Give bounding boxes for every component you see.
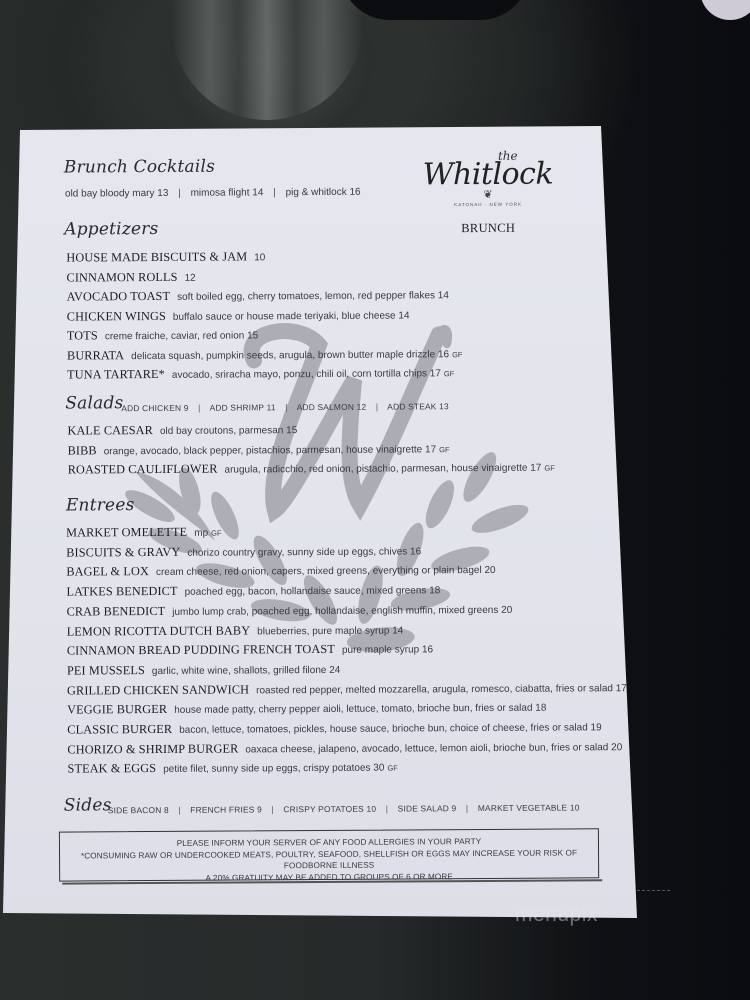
menu-item-description: mp xyxy=(194,528,208,539)
menu-item: GRILLED CHICKEN SANDWICHroasted red pepp… xyxy=(67,678,627,699)
cocktail-item: old bay bloody mary xyxy=(65,188,155,200)
menu-item-description: poached egg, bacon, hollandaise sauce, m… xyxy=(185,585,441,598)
menu-item-name: CLASSIC BURGER xyxy=(67,722,172,737)
allergy-notice-box: PLEASE INFORM YOUR SERVER OF ANY FOOD AL… xyxy=(59,828,599,881)
cocktail-price: 13 xyxy=(157,188,168,199)
sides-line: SIDE BACON 8 | FRENCH FRIES 9 | CRISPY P… xyxy=(108,802,580,815)
separator: | xyxy=(271,804,273,814)
menu-item-name: ROASTED CAULIFLOWER xyxy=(68,462,218,477)
menu-item-name: HOUSE MADE BISCUITS & JAM xyxy=(66,249,247,264)
side-item: SIDE BACON 8 xyxy=(108,805,169,815)
menu-item-name: CHICKEN WINGS xyxy=(67,308,166,323)
separator: | xyxy=(376,402,378,412)
menu-item-description: cream cheese, red onion, capers, mixed g… xyxy=(156,565,496,578)
addon-item: ADD STEAK 13 xyxy=(387,401,449,411)
side-item: FRENCH FRIES 9 xyxy=(190,804,262,814)
menu-item: BIBBorange, avocado, black pepper, pista… xyxy=(68,439,450,459)
menu-item: ROASTED CAULIFLOWERarugula, radicchio, r… xyxy=(68,458,555,479)
menu-item: HOUSE MADE BISCUITS & JAM10 xyxy=(66,247,265,266)
addon-item: ADD CHICKEN 9 xyxy=(121,403,188,413)
menu-item-name: KALE CAESAR xyxy=(67,423,153,438)
photo-credit-watermark: menupix xyxy=(515,903,598,927)
menu-item-name: LATKES BENEDICT xyxy=(66,584,177,599)
salad-addons: ADD CHICKEN 9 | ADD SHRIMP 11 | ADD SALM… xyxy=(121,401,449,413)
separator: | xyxy=(198,403,200,413)
addon-item: ADD SHRIMP 11 xyxy=(210,402,276,412)
menu-item: LEMON RICOTTA DUTCH BABYblueberries, pur… xyxy=(67,620,404,640)
cocktail-item: mimosa flight xyxy=(191,187,250,198)
section-title-salads: Salads xyxy=(65,393,123,413)
menu-item: AVOCADO TOASTsoft boiled egg, cherry tom… xyxy=(67,285,449,305)
menu-item-description: house made patty, cherry pepper aioli, l… xyxy=(174,703,546,716)
menu-item-name: STEAK & EGGS xyxy=(67,761,156,776)
menu-item-name: TUNA TARTARE* xyxy=(67,367,165,382)
gluten-free-badge: GF xyxy=(387,764,397,773)
section-title-sides: Sides xyxy=(64,795,112,815)
menu-item-description: bacon, lettuce, tomatoes, pickles, house… xyxy=(179,722,602,736)
menu-item: BURRATAdelicata squash, pumpkin seeds, a… xyxy=(67,344,463,364)
side-item: MARKET VEGETABLE 10 xyxy=(478,802,580,813)
cocktail-price: 14 xyxy=(252,187,263,198)
menu-item-description: creme fraiche, caviar, red onion 15 xyxy=(105,330,258,342)
addon-item: ADD SALMON 12 xyxy=(297,402,367,412)
separator: | xyxy=(273,187,276,198)
menu-item: STEAK & EGGSpetite filet, sunny side up … xyxy=(67,758,397,778)
menu-item: CHICKEN WINGSbuffalo sauce or house made… xyxy=(67,305,410,325)
menu-item-description: delicata squash, pumpkin seeds, arugula,… xyxy=(131,349,449,362)
menu-item: LATKES BENEDICTpoached egg, bacon, holla… xyxy=(66,580,440,600)
menu-item: TUNA TARTARE*avocado, sriracha mayo, pon… xyxy=(67,363,454,383)
menu-item-name: PEI MUSSELS xyxy=(67,663,145,677)
menu-item-description: jumbo lump crab, poached egg, hollandais… xyxy=(172,605,512,618)
gluten-free-badge: GF xyxy=(452,350,462,359)
menu-item-name: AVOCADO TOAST xyxy=(67,289,171,304)
separator: | xyxy=(178,188,181,199)
notice-line: *CONSUMING RAW OR UNDERCOOKED MEATS, POU… xyxy=(60,847,598,873)
section-title-cocktails: Brunch Cocktails xyxy=(64,157,215,178)
menu-item-name: BAGEL & LOX xyxy=(66,564,149,579)
menu-item-name: MARKET OMELETTE xyxy=(66,525,187,540)
menu-item-name: TOTS xyxy=(67,328,98,342)
menu-item: CRAB BENEDICTjumbo lump crab, poached eg… xyxy=(66,600,512,621)
menu-item: CINNAMON BREAD PUDDING FRENCH TOASTpure … xyxy=(67,639,433,659)
menu-item-name: CHORIZO & SHRIMP BURGER xyxy=(67,741,238,756)
cocktails-line: old bay bloody mary 13 | mimosa flight 1… xyxy=(65,187,361,200)
logo-location: KATONAH · NEW YORK xyxy=(403,201,573,207)
menu-item-description: blueberries, pure maple syrup 14 xyxy=(257,625,403,637)
menu-item-description: petite filet, sunny side up eggs, crispy… xyxy=(163,763,384,775)
menu-item: BISCUITS & GRAVYchorizo country gravy, s… xyxy=(66,541,421,561)
gluten-free-badge: GF xyxy=(444,369,454,378)
menu-item-description: orange, avocado, black pepper, pistachio… xyxy=(104,444,436,457)
separator: | xyxy=(178,805,180,815)
menu-item-description: avocado, sriracha mayo, ponzu, chili oil… xyxy=(172,368,441,381)
menu-item: MARKET OMELETTEmpGF xyxy=(66,523,222,542)
menu-item: CHORIZO & SHRIMP BURGERoaxaca cheese, ja… xyxy=(67,737,622,758)
menu-item: CINNAMON ROLLS12 xyxy=(66,267,195,286)
notice-line: A 20% GRATUITY MAY BE ADDED TO GROUPS OF… xyxy=(60,870,598,885)
menu-item-name: CRAB BENEDICT xyxy=(67,604,166,619)
menu-item-description: 10 xyxy=(254,252,265,263)
menu-item-description: oaxaca cheese, jalapeno, avocado, lettuc… xyxy=(245,742,622,755)
menu-item-name: CINNAMON ROLLS xyxy=(66,269,177,284)
watermark-dashed-line xyxy=(512,890,670,891)
side-item: SIDE SALAD 9 xyxy=(398,803,457,813)
menu-item: PEI MUSSELSgarlic, white wine, shallots,… xyxy=(67,660,341,680)
menu-item-description: soft boiled egg, cherry tomatoes, lemon,… xyxy=(177,290,449,303)
menu-item: VEGGIE BURGERhouse made patty, cherry pe… xyxy=(67,698,546,719)
menu-item-description: old bay croutons, parmesan 15 xyxy=(160,425,297,437)
menu-item-description: 12 xyxy=(185,272,196,283)
menu-item-description: garlic, white wine, shallots, grilled fi… xyxy=(152,665,341,677)
menu-item-description: roasted red pepper, melted mozzarella, a… xyxy=(256,683,627,696)
menu-item-description: pure maple syrup 16 xyxy=(342,644,433,656)
separator: | xyxy=(386,804,388,814)
menu-subtitle: BRUNCH xyxy=(403,220,573,236)
section-title-entrees: Entrees xyxy=(66,495,135,515)
menu-item: TOTScreme fraiche, caviar, red onion 15 xyxy=(67,325,258,344)
menu-item-description: arugula, radicchio, red onion, pistachio… xyxy=(224,463,541,476)
side-item: CRISPY POTATOES 10 xyxy=(283,804,376,815)
menu-item: KALE CAESARold bay croutons, parmesan 15 xyxy=(67,420,297,439)
menu-item: BAGEL & LOXcream cheese, red onion, cape… xyxy=(66,560,495,581)
section-title-appetizers: Appetizers xyxy=(64,219,158,240)
menu-item-name: BISCUITS & GRAVY xyxy=(66,545,180,560)
menu-item-name: GRILLED CHICKEN SANDWICH xyxy=(67,682,249,697)
menu-item-description: chorizo country gravy, sunny side up egg… xyxy=(187,546,421,558)
menu-item-name: CINNAMON BREAD PUDDING FRENCH TOAST xyxy=(67,642,335,658)
menu-item-description: buffalo sauce or house made teriyaki, bl… xyxy=(173,310,410,322)
gluten-free-badge: GF xyxy=(439,445,449,454)
separator: | xyxy=(466,803,468,813)
restaurant-logo: the Whitlock ❦ KATONAH · NEW YORK BRUNCH xyxy=(403,148,574,236)
separator: | xyxy=(285,402,287,412)
gluten-free-badge: GF xyxy=(544,464,554,473)
menu-item-name: LEMON RICOTTA DUTCH BABY xyxy=(67,623,251,638)
menu-item-name: VEGGIE BURGER xyxy=(67,702,167,717)
menu-item-name: BURRATA xyxy=(67,348,124,362)
menu-item-name: BIBB xyxy=(68,443,97,457)
gluten-free-badge: GF xyxy=(211,529,221,538)
menu-item: CLASSIC BURGERbacon, lettuce, tomatoes, … xyxy=(67,717,602,738)
cocktail-item: pig & whitlock xyxy=(286,187,347,198)
cocktail-price: 16 xyxy=(349,187,360,198)
